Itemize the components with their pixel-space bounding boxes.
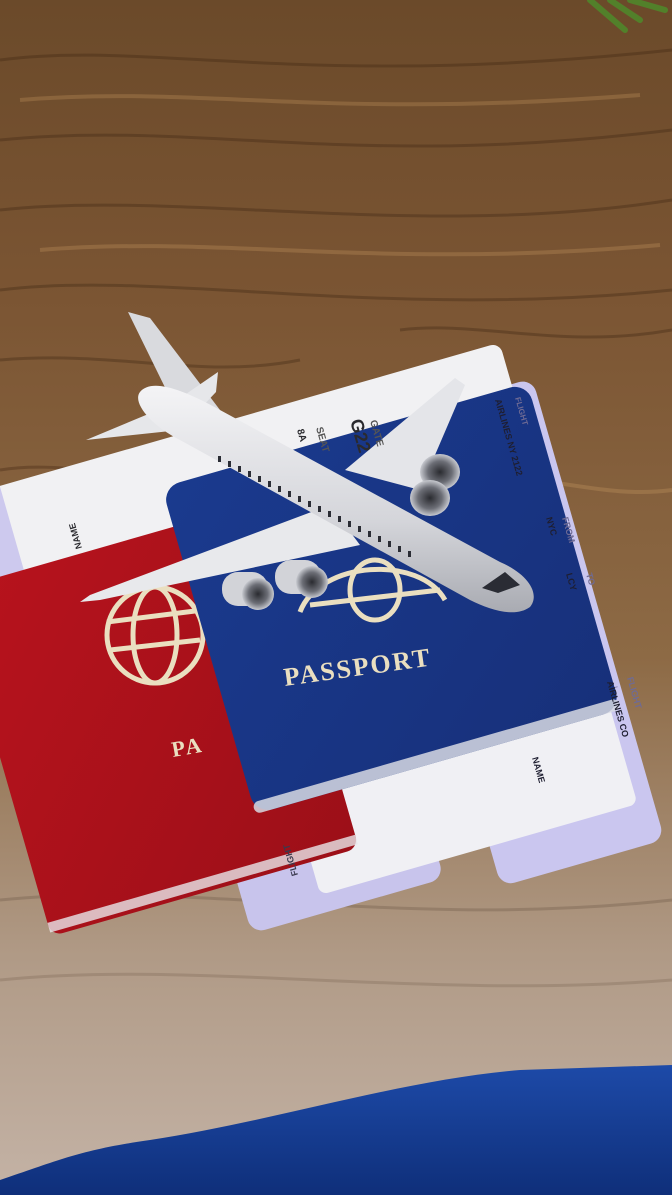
travel-photo: GATE G22 SEAT 8A NAME FLIGHT AIRLINES NY… xyxy=(0,0,672,1195)
photo-canvas: GATE G22 SEAT 8A NAME FLIGHT AIRLINES NY… xyxy=(0,0,672,1195)
